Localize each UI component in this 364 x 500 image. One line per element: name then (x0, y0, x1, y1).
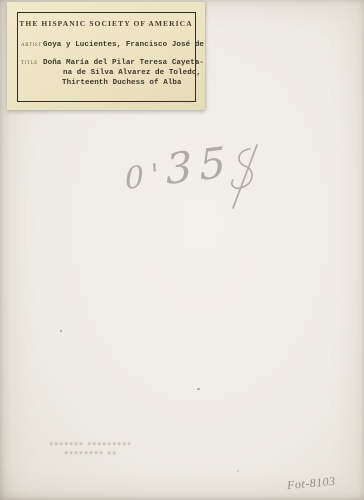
title-line: Doña María del Pilar Teresa Cayeta- (43, 59, 204, 67)
embossed-photographer-stamp: ▪▪▪▪▪▪▪ ▪▪▪▪▪▪▪▪▪ ▪▪▪▪▪▪▪▪ ▪▪ (36, 440, 146, 458)
stamp-line: ▪▪▪▪▪▪▪▪ ▪▪ (36, 449, 146, 458)
dust-speck (197, 388, 200, 390)
catalog-number-annotation: Fot-8103 (286, 474, 336, 493)
dust-speck (60, 330, 62, 332)
dust-speck (237, 470, 239, 472)
title-line: na de Silva Alvarez de Toledo, (63, 69, 201, 77)
artist-value: Goya y Lucientes, Francisco José de (43, 41, 204, 49)
institution-label: THE HISPANIC SOCIETY OF AMERICA ARTIST G… (7, 2, 205, 110)
title-line: Thirteenth Duchess of Alba (62, 79, 182, 87)
title-field-label: TITLE (21, 61, 38, 66)
photograph-verso-card: THE HISPANIC SOCIETY OF AMERICA ARTIST G… (0, 0, 364, 500)
pencil-price-annotation: 0'35 (123, 137, 234, 199)
slashed-figure-pencil-mark-icon (222, 140, 266, 214)
institution-name: THE HISPANIC SOCIETY OF AMERICA (7, 19, 205, 28)
artist-field-label: ARTIST (21, 43, 42, 48)
stamp-line: ▪▪▪▪▪▪▪ ▪▪▪▪▪▪▪▪▪ (36, 440, 146, 449)
